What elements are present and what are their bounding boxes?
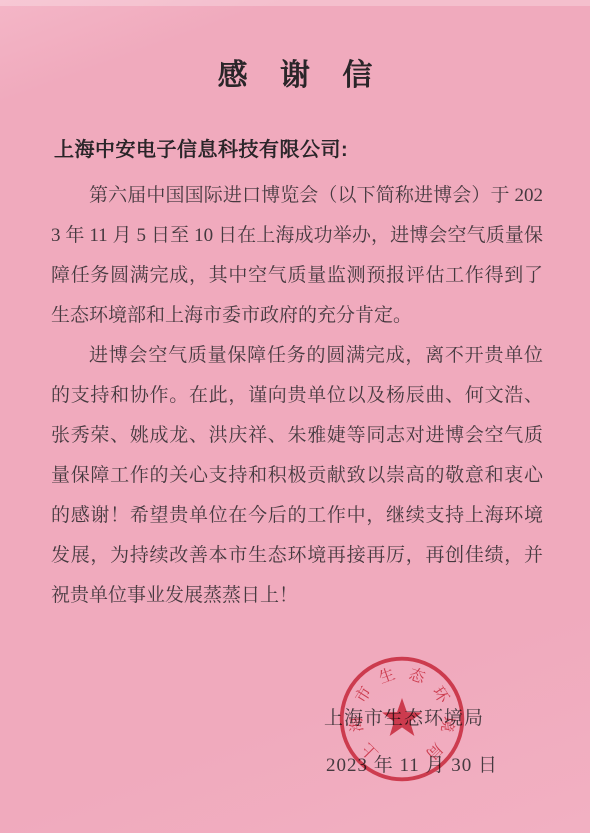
seal-text-char: 生 bbox=[377, 665, 398, 687]
letter-body: 第六届中国国际进口博览会（以下简称进博会）于 2023 年 11 月 5 日至 … bbox=[51, 176, 543, 616]
recipient-line: 上海中安电子信息科技有限公司: bbox=[54, 133, 348, 162]
seal-text-char: 态 bbox=[407, 665, 429, 688]
paragraph-1: 第六届中国国际进口博览会（以下简称进博会）于 2023 年 11 月 5 日至 … bbox=[51, 176, 543, 336]
signature-org: 上海市生态环境局 bbox=[324, 703, 484, 730]
letter-page: 感 谢 信 上海中安电子信息科技有限公司: 第六届中国国际进口博览会（以下简称进… bbox=[0, 0, 590, 833]
paragraph-2: 进博会空气质量保障任务的圆满完成，离不开贵单位的支持和协作。在此，谨向贵单位以及… bbox=[51, 336, 543, 616]
signature-date: 2023 年 11 月 30 日 bbox=[326, 750, 498, 777]
letter-title: 感 谢 信 bbox=[0, 50, 590, 94]
